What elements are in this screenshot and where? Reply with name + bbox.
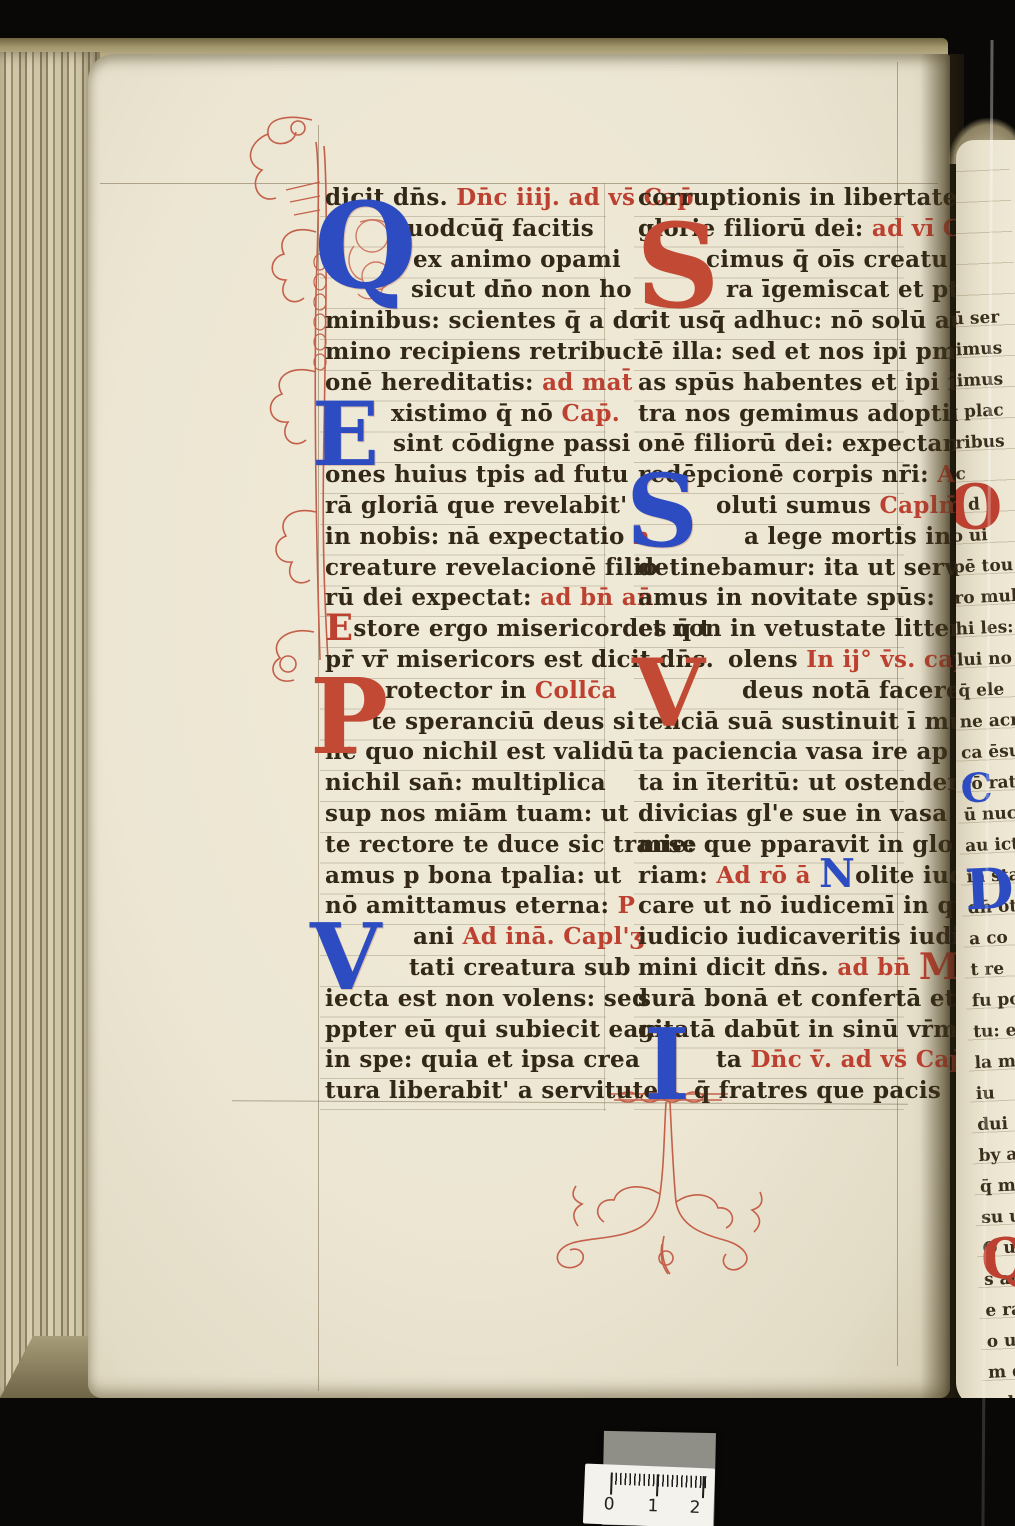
text-segment: oluti sumus	[716, 492, 879, 519]
book-fore-edge-pages	[0, 52, 100, 1398]
text-segment: tati creatura sub	[409, 954, 631, 981]
drop-cap-initial-e: E	[312, 398, 379, 470]
text-segment: in nobis: nā expectatio	[325, 523, 633, 550]
facing-text-fragment: dui	[977, 1114, 1009, 1135]
facing-text-fragment: dimus	[956, 369, 1003, 392]
text-segment: riam:	[638, 862, 716, 889]
facing-text-fragment: lui no	[957, 648, 1013, 670]
text-line: sicut dn̄o non ho	[411, 276, 632, 307]
facing-text-fragment: tu: er	[973, 1020, 1015, 1042]
facing-text-fragment: nimus	[956, 338, 1003, 361]
drop-cap-initial-s: S	[636, 220, 720, 315]
facing-text-fragment: a co	[969, 928, 1008, 950]
text-segment: tura liberabit' a servitute	[325, 1077, 659, 1104]
text-segment: divicias gl'e sue in vasa	[638, 800, 947, 827]
drop-cap-initial-v: V	[310, 920, 381, 995]
text-segment: olens	[728, 646, 806, 673]
ruler-major-tick	[702, 1476, 705, 1498]
text-line: ex animo opami	[413, 246, 621, 277]
manuscript-photograph: dicit dn̄s. Dn̄c iiij. ad vs̄ Cap̄uodcūq…	[0, 0, 1015, 1526]
text-segment: rā gloriā que revelabit'	[325, 492, 627, 519]
text-line: divicias gl'e sue in vasa	[638, 800, 947, 831]
facing-text-fragment: pē tou	[956, 555, 1014, 578]
ruler-number: 0	[603, 1494, 615, 1514]
facing-text-fragment: au ict	[965, 834, 1015, 856]
text-line: cimus q̄ oīs creatu	[706, 246, 948, 277]
text-segment: mino recipiens retribuci	[325, 338, 646, 365]
text-segment: amus p bona tpalia: ut	[325, 862, 622, 889]
facing-text-fragment: m de	[988, 1361, 1015, 1383]
text-segment: ad bn̄	[837, 954, 919, 981]
text-segment: Ad inā. Capl'ʒ	[463, 923, 644, 950]
ruler-number: 2	[689, 1498, 701, 1518]
text-segment: sint cōdigne passi	[393, 430, 631, 457]
text-line: amus p bona tpalia: ut	[325, 862, 622, 893]
text-segment: Cap̄.	[562, 400, 621, 427]
text-segment: P	[618, 892, 636, 919]
text-segment: sup nos miām tuam: ut	[325, 800, 629, 827]
text-segment: ani	[413, 923, 463, 950]
text-line: in spe: quia et ipsa crea	[325, 1046, 640, 1077]
text-line: creature revelacionē filio	[325, 554, 658, 585]
ruler-major-tick	[610, 1473, 613, 1495]
facing-text-fragment: tribus	[956, 431, 1005, 453]
text-line: sup nos miām tuam: ut	[325, 800, 629, 831]
facing-initial-d: D	[964, 855, 1015, 923]
text-line: rotector in Collc̄a	[385, 677, 617, 708]
facing-text-fragment: fu pob	[971, 989, 1015, 1012]
text-segment: te speranciū deus si	[371, 708, 635, 735]
text-line: q̄ fratres que pacis	[694, 1077, 941, 1108]
text-segment: rotector in	[385, 677, 535, 704]
facing-initial-o: O	[956, 470, 1004, 545]
text-segment: Ad rō ā	[716, 862, 819, 889]
text-line: rā gloriā que revelabit'	[325, 492, 627, 523]
text-segment: q̄ fratres que pacis	[694, 1077, 941, 1104]
text-segment: amus in novitate spūs:	[638, 584, 935, 611]
text-segment: creature revelacionē filio	[325, 554, 658, 581]
drop-cap-initial-q: Q	[314, 198, 417, 295]
drop-cap-initial-p: P	[310, 674, 388, 759]
text-segment: ppter eū qui subiecit eam	[325, 1016, 663, 1043]
text-line: in nobis: nā expectatio n	[325, 523, 650, 554]
text-line: uodcūq̄ facitis	[407, 215, 594, 246]
text-segment: mie: que pparavit in glo	[638, 831, 953, 858]
facing-text-fragment: o ui	[986, 1330, 1015, 1352]
text-segment: ta	[716, 1046, 750, 1073]
facing-text-fragment: q̄ ele	[958, 680, 1005, 702]
text-line: te speranciū deus si	[371, 708, 635, 739]
text-line: amus in novitate spūs:	[638, 584, 935, 615]
text-segment: in spe: quia et ipsa crea	[325, 1046, 640, 1073]
text-segment: Collc̄a	[535, 677, 617, 704]
text-segment: tra nos gemimus adopti	[638, 400, 951, 427]
inline-initial: E	[325, 605, 353, 649]
facing-text-fragment: sū ser	[956, 307, 1000, 329]
inline-initial: N	[819, 851, 855, 897]
text-segment: mini dicit dn̄s.	[638, 954, 837, 981]
ruler-major-tick	[656, 1474, 659, 1496]
text-line: tra nos gemimus adopti	[638, 400, 951, 431]
facing-text-fragment: ro mul	[956, 586, 1015, 609]
text-segment: ad bn̄ an̄	[540, 584, 654, 611]
text-segment: uodcūq̄ facitis	[407, 215, 594, 242]
drop-cap-initial-s: S	[626, 470, 698, 552]
text-line: sint cōdigne passi	[393, 430, 631, 461]
text-line: tura liberabit' a servitute	[325, 1077, 659, 1108]
text-segment: cimus q̄ oīs creatu	[706, 246, 948, 273]
facing-text-fragment: e ra	[985, 1299, 1015, 1321]
text-segment: rū dei expectat:	[325, 584, 540, 611]
text-line: tati creatura sub	[409, 954, 631, 985]
text-segment: ad mat̄	[542, 369, 633, 396]
text-line: mie: que pparavit in glo	[638, 831, 953, 862]
ruler-number: 1	[647, 1496, 659, 1516]
drop-cap-initial-i: I	[644, 1026, 690, 1106]
text-line: mino recipiens retribuci	[325, 338, 646, 369]
text-segment: xistimo q̄ nō	[391, 400, 562, 427]
text-segment: sicut dn̄o non ho	[411, 276, 632, 303]
text-line: ani Ad inā. Capl'ʒ	[413, 923, 643, 954]
background-lower	[0, 1398, 1015, 1526]
text-line: rū dei expectat: ad bn̄ an̄	[325, 584, 654, 615]
text-line: ppter eū qui subiecit eam	[325, 1016, 663, 1047]
ruler-scale: 012	[583, 1464, 715, 1526]
text-segment: ex animo opami	[413, 246, 621, 273]
facing-text-fragment: q̄ plac	[956, 400, 1004, 422]
facing-text-fragment: la mo	[974, 1051, 1015, 1073]
text-line: xistimo q̄ nō Cap̄.	[391, 400, 620, 431]
drop-cap-initial-v: V	[632, 656, 705, 733]
facing-text-fragment: hi les:	[956, 617, 1014, 640]
